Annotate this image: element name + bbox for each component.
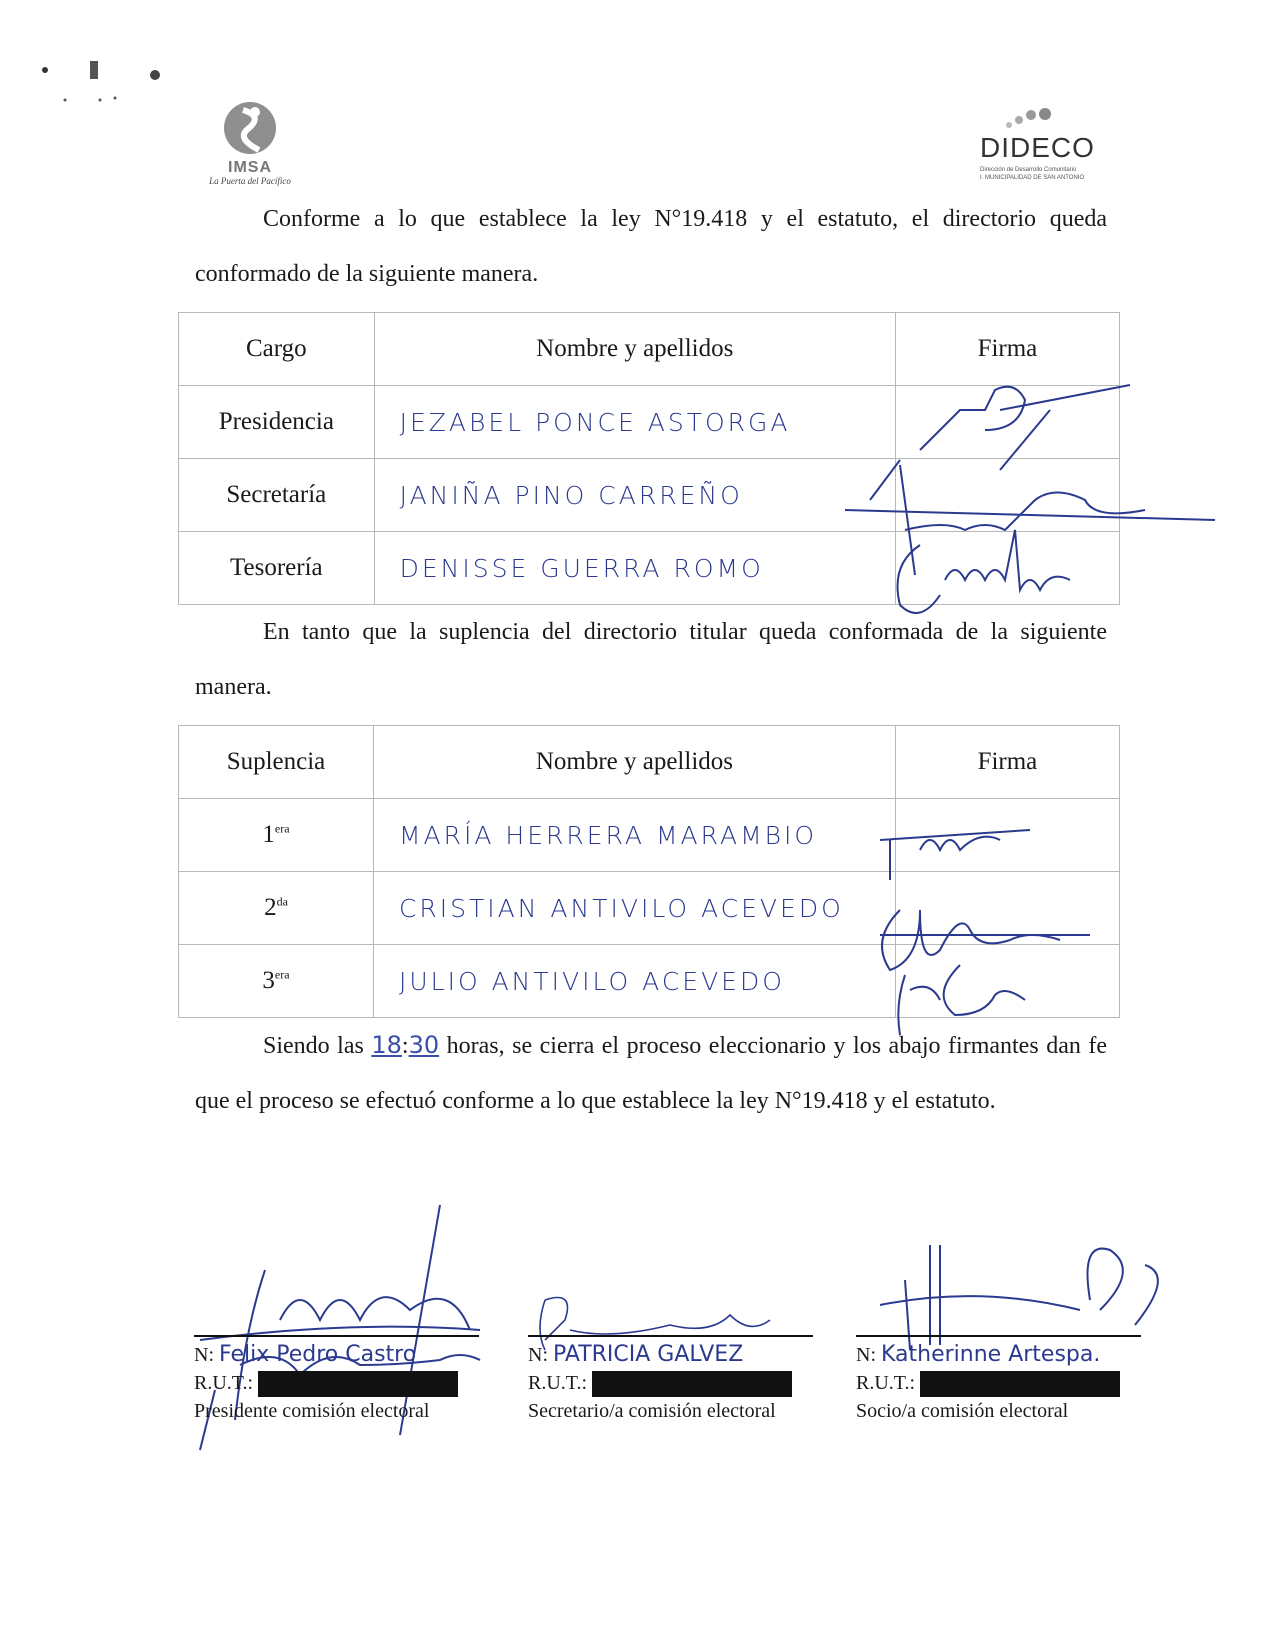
signer-name: PATRICIA GALVEZ: [553, 1342, 743, 1367]
signer-name-row: N: PATRICIA GALVEZ: [528, 1341, 828, 1369]
signer-presidente: N: Felix Pedro Castro R.U.T.: Presidente…: [194, 1335, 494, 1425]
signer-socio: N: Katherinne Artespa. R.U.T.: Socio/a c…: [856, 1335, 1156, 1425]
suplencia-cell: 1era: [179, 799, 374, 872]
dideco-dots-icon: [1003, 105, 1063, 131]
rut-redaction: [592, 1371, 792, 1397]
closing-hour: 18: [371, 1031, 402, 1059]
closing-paragraph: Siendo las 18:30 horas, se cierra el pro…: [195, 1018, 1107, 1129]
signature-line: [194, 1335, 479, 1337]
firma-cell: [895, 459, 1119, 532]
table-row: Secretaría JANIÑA PINO CARREÑO: [179, 459, 1120, 532]
signer-name: Katherinne Artespa.: [881, 1342, 1100, 1367]
signer-role: Socio/a comisión electoral: [856, 1397, 1156, 1425]
nombre-cell: CRISTIAN ANTIVILO ACEVEDO: [373, 872, 895, 945]
table-row: Tesorería DENISSE GUERRA ROMO: [179, 532, 1120, 605]
cargo-cell: Secretaría: [179, 459, 375, 532]
header-nombre: Nombre y apellidos: [374, 313, 895, 386]
document-page: IMSA La Puerta del Pacífico DIDECO Direc…: [0, 0, 1279, 1644]
table-header-row: Suplencia Nombre y apellidos Firma: [179, 726, 1120, 799]
signer-role: Presidente comisión electoral: [194, 1397, 494, 1425]
signer-name-row: N: Felix Pedro Castro: [194, 1341, 494, 1369]
signature-line: [528, 1335, 813, 1337]
header-cargo: Cargo: [179, 313, 375, 386]
signer-secretario: N: PATRICIA GALVEZ R.U.T.: Secretario/a …: [528, 1335, 828, 1425]
firma-cell: [895, 799, 1119, 872]
table-header-row: Cargo Nombre y apellidos Firma: [179, 313, 1120, 386]
firma-cell: [895, 532, 1119, 605]
dideco-name: DIDECO: [980, 133, 1095, 163]
cargo-cell: Tesorería: [179, 532, 375, 605]
header-firma: Firma: [895, 313, 1119, 386]
suplencia-table: Suplencia Nombre y apellidos Firma 1era …: [178, 725, 1120, 1018]
header-firma: Firma: [895, 726, 1119, 799]
nombre-cell: JEZABEL PONCE ASTORGA: [374, 386, 895, 459]
nombre-cell: MARÍA HERRERA MARAMBIO: [373, 799, 895, 872]
signer-role: Secretario/a comisión electoral: [528, 1397, 828, 1425]
table-row: 2da CRISTIAN ANTIVILO ACEVEDO: [179, 872, 1120, 945]
imsa-logo-icon: [195, 88, 305, 168]
closing-minute: 30: [409, 1031, 440, 1059]
suplencia-paragraph: En tanto que la suplencia del directorio…: [195, 605, 1107, 715]
dideco-municipality: I. MUNICIPALIDAD DE SAN ANTONIO: [980, 175, 1084, 181]
imsa-logo: IMSA La Puerta del Pacífico: [195, 88, 305, 196]
firma-cell: [895, 872, 1119, 945]
rut-redaction: [258, 1371, 458, 1397]
nombre-cell: JULIO ANTIVILO ACEVEDO: [373, 945, 895, 1018]
signature-line: [856, 1335, 1141, 1337]
intro-paragraph: Conforme a lo que establece la ley N°19.…: [195, 192, 1107, 302]
scan-specks: [35, 55, 165, 115]
rut-redaction: [920, 1371, 1120, 1397]
dideco-subtitle: Dirección de Desarrollo Comunitario: [980, 167, 1076, 173]
directorio-table: Cargo Nombre y apellidos Firma Presidenc…: [178, 312, 1120, 605]
header-suplencia: Suplencia: [179, 726, 374, 799]
firma-cell: [895, 386, 1119, 459]
nombre-cell: DENISSE GUERRA ROMO: [374, 532, 895, 605]
signer-name: Felix Pedro Castro: [219, 1342, 416, 1367]
suplencia-cell: 3era: [179, 945, 374, 1018]
signer-rut-row: R.U.T.:: [528, 1369, 828, 1397]
suplencia-cell: 2da: [179, 872, 374, 945]
table-row: Presidencia JEZABEL PONCE ASTORGA: [179, 386, 1120, 459]
table-row: 1era MARÍA HERRERA MARAMBIO: [179, 799, 1120, 872]
signer-rut-row: R.U.T.:: [194, 1369, 494, 1397]
firma-cell: [895, 945, 1119, 1018]
dideco-logo: DIDECO Dirección de Desarrollo Comunitar…: [975, 105, 1095, 185]
table-row: 3era JULIO ANTIVILO ACEVEDO: [179, 945, 1120, 1018]
nombre-cell: JANIÑA PINO CARREÑO: [374, 459, 895, 532]
header-nombre: Nombre y apellidos: [373, 726, 895, 799]
cargo-cell: Presidencia: [179, 386, 375, 459]
imsa-tagline: La Puerta del Pacífico: [195, 176, 305, 186]
signer-name-row: N: Katherinne Artespa.: [856, 1341, 1156, 1369]
signer-rut-row: R.U.T.:: [856, 1369, 1156, 1397]
